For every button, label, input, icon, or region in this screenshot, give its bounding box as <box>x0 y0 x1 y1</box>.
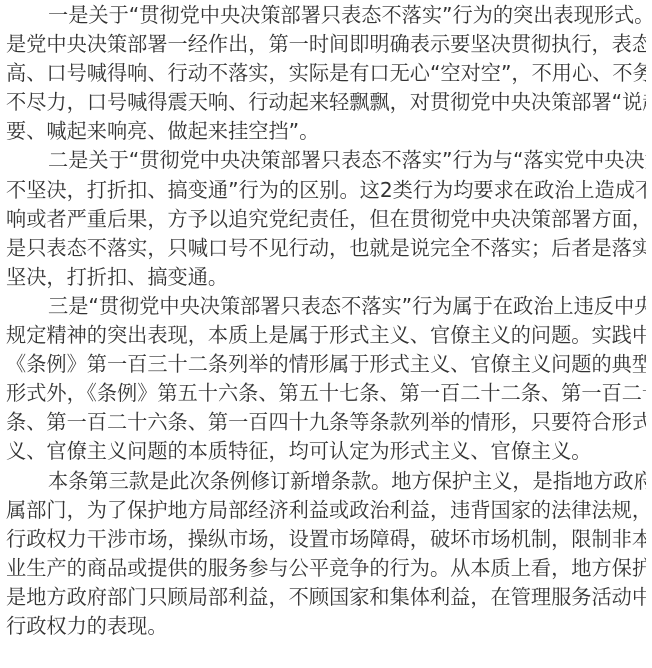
text-line: 高、口号喊得响、行动不落实，实际是有口无心“空对空”，不用心、不务实、 <box>6 59 646 88</box>
text-line: 要、喊起来响亮、做起来挂空挡”。 <box>6 117 646 146</box>
text-line: 行政权力的表现。 <box>6 612 646 641</box>
text-line: 是只表态不落实，只喊口号不见行动，也就是说完全不落实；后者是落实上不 <box>6 234 646 263</box>
paragraph-1: 一是关于“贯彻党中央决策部署只表态不落实”行为的突出表现形式。主要 是党中央决策… <box>6 1 646 146</box>
text-line: 属部门，为了保护地方局部经济利益或政治利益，违背国家的法律法规，利用 <box>6 496 646 525</box>
paragraph-4: 本条第三款是此次条例修订新增条款。地方保护主义，是指地方政府或所 属部门，为了保… <box>6 467 646 642</box>
text-line: 业生产的商品或提供的服务参与公平竞争的行为。从本质上看，地方保护主义 <box>6 554 646 583</box>
paragraph-2: 二是关于“贯彻党中央决策部署只表态不落实”行为与“落实党中央决策部署 不坚决，打… <box>6 146 646 291</box>
text-line: 一是关于“贯彻党中央决策部署只表态不落实”行为的突出表现形式。主要 <box>6 1 646 30</box>
text-line: 规定精神的突出表现，本质上是属于形式主义、官僚主义的问题。实践中，除 <box>6 321 646 350</box>
text-line: 三是“贯彻党中央决策部署只表态不落实”行为属于在政治上违反中央八项 <box>6 292 646 321</box>
text-line: 二是关于“贯彻党中央决策部署只表态不落实”行为与“落实党中央决策部署 <box>6 146 646 175</box>
text-line: 不坚决，打折扣、搞变通”行为的区别。这2类行为均要求在政治上造成不良影 <box>6 176 646 205</box>
text-line: 本条第三款是此次条例修订新增条款。地方保护主义，是指地方政府或所 <box>6 467 646 496</box>
text-line: 形式外，《条例》第五十六条、第五十七条、第一百二十二条、第一百二十三 <box>6 379 646 408</box>
text-line: 是党中央决策部署一经作出，第一时间即明确表示要坚决贯彻执行，表态调门 <box>6 30 646 59</box>
text-line: 条、第一百二十六条、第一百四十九条等条款列举的情形，只要符合形式主 <box>6 408 646 437</box>
text-line: 是地方政府部门只顾局部利益，不顾国家和集体利益，在管理服务活动中滥用 <box>6 583 646 612</box>
text-line: 响或者严重后果，方予以追究党纪责任，但在贯彻党中央决策部署方面，前者 <box>6 205 646 234</box>
text-line: 行政权力干涉市场，操纵市场，设置市场障碍，破坏市场机制，限制非本地企 <box>6 525 646 554</box>
text-line: 不尽力，口号喊得震天响、行动起来轻飘飘，对贯彻党中央决策部署“说起来重 <box>6 88 646 117</box>
text-line: 义、官僚主义问题的本质特征，均可认定为形式主义、官僚主义。 <box>6 437 646 466</box>
document-body: 一是关于“贯彻党中央决策部署只表态不落实”行为的突出表现形式。主要 是党中央决策… <box>0 0 652 641</box>
text-line: 《条例》第一百三十二条列举的情形属于形式主义、官僚主义问题的典型表现 <box>6 350 646 379</box>
paragraph-3: 三是“贯彻党中央决策部署只表态不落实”行为属于在政治上违反中央八项 规定精神的突… <box>6 292 646 467</box>
text-line: 坚决，打折扣、搞变通。 <box>6 263 646 292</box>
